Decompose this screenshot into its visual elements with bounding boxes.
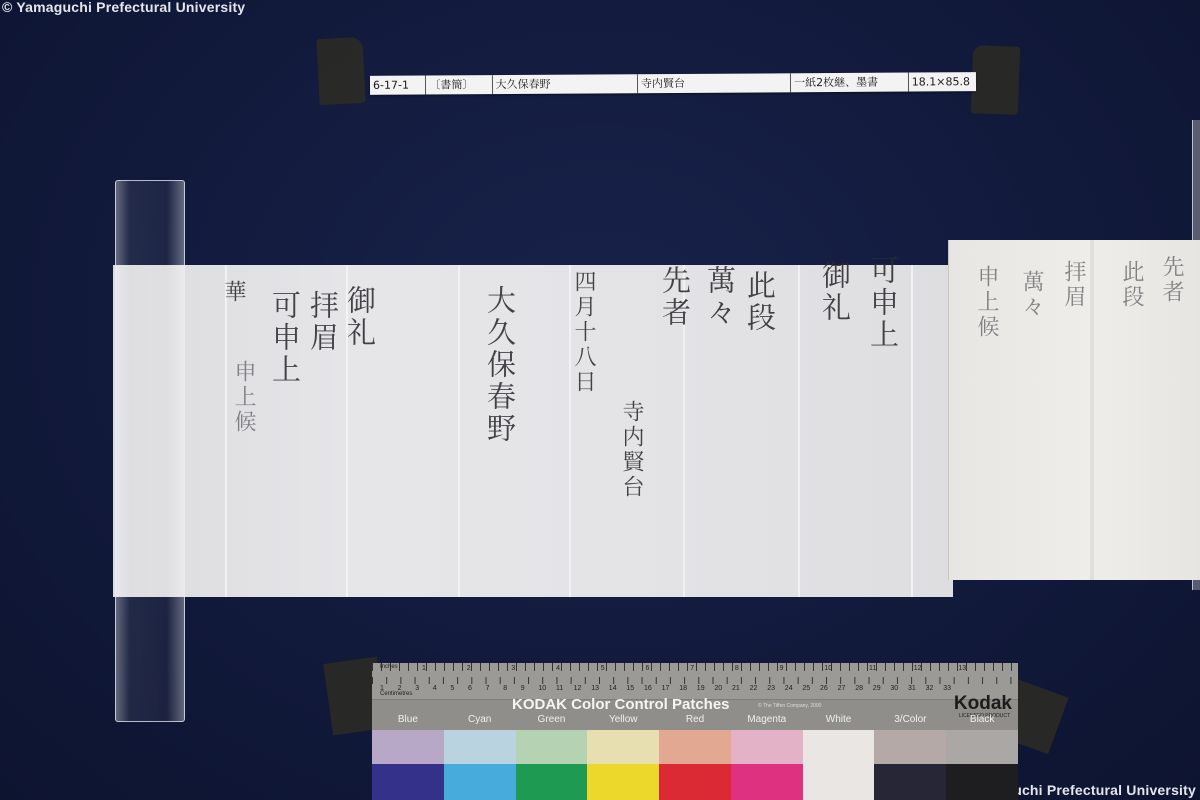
ruler-cm-mark: 12 bbox=[574, 685, 582, 692]
calligraphy-column: 先者 bbox=[660, 265, 689, 329]
ruler-cm-mark: 4 bbox=[433, 685, 437, 692]
glass-weight-rod bbox=[115, 180, 185, 722]
recipient: 寺内賢台 bbox=[638, 73, 791, 93]
card-title: KODAK Color Control Patches bbox=[512, 696, 730, 713]
patch-black bbox=[946, 730, 1018, 800]
card-copyright: © The Tiffen Company, 2000 bbox=[758, 703, 821, 709]
ruler-inch-mark: 2 bbox=[467, 665, 471, 672]
sheet-join bbox=[1090, 240, 1094, 580]
patch-label-yellow: Yellow bbox=[587, 714, 659, 728]
material-description: 一紙2枚継、墨書 bbox=[791, 73, 909, 93]
patch-blue bbox=[372, 730, 444, 800]
ruler-inch-mark: 13 bbox=[958, 665, 966, 672]
color-patches bbox=[372, 730, 1018, 800]
sender: 大久保春野 bbox=[493, 74, 638, 94]
ruler-inch-mark: 12 bbox=[914, 665, 922, 672]
calligraphy-column: 萬々 bbox=[1020, 270, 1042, 320]
black-tape-strip bbox=[316, 37, 365, 105]
ruler-cm-mark: 1 bbox=[380, 685, 384, 692]
addressee-column: 寺内賢台 bbox=[620, 400, 642, 500]
ruler-inch-mark: 5 bbox=[601, 665, 605, 672]
ruler-cm-mark: 10 bbox=[538, 685, 546, 692]
patch-yellow bbox=[587, 730, 659, 800]
calligraphy-column: 萬々 bbox=[705, 265, 734, 329]
patch-label-magenta: Magenta bbox=[731, 714, 803, 728]
ruler-inch-mark: 3 bbox=[511, 665, 515, 672]
document-type: 〔書簡〕 bbox=[426, 75, 492, 94]
calligraphy-column: 拝眉 bbox=[308, 290, 337, 354]
patch-label-blue: Blue bbox=[372, 714, 444, 728]
catalog-label: 6-17-1 〔書簡〕 大久保春野 寺内賢台 一紙2枚継、墨書 18.1×85.… bbox=[370, 72, 976, 95]
calligraphy-column: 此段 bbox=[1120, 260, 1142, 310]
ruler-cm-mark: 18 bbox=[679, 685, 687, 692]
ruler-inch-mark: 1 bbox=[422, 665, 426, 672]
ruler-cm-mark: 15 bbox=[626, 685, 634, 692]
patch-label-green: Green bbox=[516, 714, 588, 728]
catalog-id: 6-17-1 bbox=[370, 76, 427, 95]
patch-label-3color: 3/Color bbox=[874, 714, 946, 728]
ruler-cm-mark: 30 bbox=[890, 685, 898, 692]
ruler-cm-mark: 32 bbox=[926, 685, 934, 692]
ruler-cm-mark: 16 bbox=[644, 685, 652, 692]
ruler: Inches Centimetres 123456789101112131415… bbox=[372, 663, 1018, 700]
patch-red bbox=[659, 730, 731, 800]
ruler-cm-mark: 21 bbox=[732, 685, 740, 692]
ruler-cm-mark: 22 bbox=[750, 685, 758, 692]
centimetres-label: Centimetres bbox=[380, 691, 412, 697]
ruler-inch-mark: 6 bbox=[646, 665, 650, 672]
ruler-cm-mark: 26 bbox=[820, 685, 828, 692]
patch-cyan bbox=[444, 730, 516, 800]
date-column: 四月十八日 bbox=[572, 270, 594, 395]
patch-white bbox=[803, 730, 875, 800]
ruler-cm-mark: 2 bbox=[398, 685, 402, 692]
ruler-cm-mark: 17 bbox=[662, 685, 670, 692]
ruler-cm-mark: 13 bbox=[591, 685, 599, 692]
kodak-color-card: Inches Centimetres 123456789101112131415… bbox=[372, 663, 1018, 800]
black-tape-strip bbox=[971, 45, 1020, 115]
ruler-cm-mark: 20 bbox=[714, 685, 722, 692]
patch-label-red: Red bbox=[659, 714, 731, 728]
dimensions: 18.1×85.8 bbox=[909, 72, 976, 91]
ruler-inch-mark: 8 bbox=[735, 665, 739, 672]
ruler-cm-mark: 27 bbox=[838, 685, 846, 692]
calligraphy-column: 先者 bbox=[1160, 255, 1182, 305]
inches-label: Inches bbox=[380, 664, 398, 670]
patch-label-white: White bbox=[803, 714, 875, 728]
calligraphy-column: 申上候 bbox=[232, 360, 254, 435]
patch-magenta bbox=[731, 730, 803, 800]
copyright-watermark-top: © Yamaguchi Prefectural University bbox=[2, 0, 245, 15]
ruler-inch-mark: 9 bbox=[780, 665, 784, 672]
ruler-inch-mark: 10 bbox=[824, 665, 832, 672]
calligraphy-column: 御礼 bbox=[345, 285, 374, 349]
ruler-cm-mark: 19 bbox=[697, 685, 705, 692]
calligraphy-column: 御礼 bbox=[820, 260, 849, 324]
signature-column: 大久保春野 bbox=[485, 285, 514, 445]
calligraphy-column: 申上候 bbox=[975, 265, 997, 340]
calligraphy-column: 此段 bbox=[745, 270, 774, 334]
patch-label-black: Black bbox=[946, 714, 1018, 728]
ruler-cm-mark: 6 bbox=[468, 685, 472, 692]
ruler-cm-mark: 31 bbox=[908, 685, 916, 692]
ruler-cm-mark: 8 bbox=[503, 685, 507, 692]
ruler-cm-mark: 29 bbox=[873, 685, 881, 692]
patch-green bbox=[516, 730, 588, 800]
ruler-cm-mark: 23 bbox=[767, 685, 775, 692]
ruler-cm-mark: 7 bbox=[486, 685, 490, 692]
ruler-cm-mark: 14 bbox=[609, 685, 617, 692]
ruler-cm-mark: 3 bbox=[415, 685, 419, 692]
kodak-logo: Kodak bbox=[954, 693, 1012, 715]
calligraphy-column: 華 bbox=[222, 280, 244, 305]
ruler-cm-mark: 33 bbox=[943, 685, 951, 692]
ruler-cm-mark: 11 bbox=[556, 685, 563, 692]
patch-labels: Blue Cyan Green Yellow Red Magenta White… bbox=[372, 714, 1018, 728]
ruler-cm-mark: 5 bbox=[450, 685, 454, 692]
ruler-cm-mark: 28 bbox=[855, 685, 863, 692]
calligraphy-column: 拝眉 bbox=[1062, 260, 1084, 310]
calligraphy-column: 可申上 bbox=[868, 255, 897, 351]
ruler-inch-mark: 11 bbox=[869, 665, 876, 672]
calligraphy-column: 可申上 bbox=[270, 290, 299, 386]
patch-3color bbox=[874, 730, 946, 800]
ruler-cm-mark: 9 bbox=[521, 685, 525, 692]
ruler-inch-mark: 7 bbox=[690, 665, 694, 672]
ruler-cm-mark: 25 bbox=[802, 685, 810, 692]
ruler-inch-mark: 4 bbox=[556, 665, 560, 672]
patch-label-cyan: Cyan bbox=[444, 714, 516, 728]
ruler-cm-mark: 24 bbox=[785, 685, 793, 692]
